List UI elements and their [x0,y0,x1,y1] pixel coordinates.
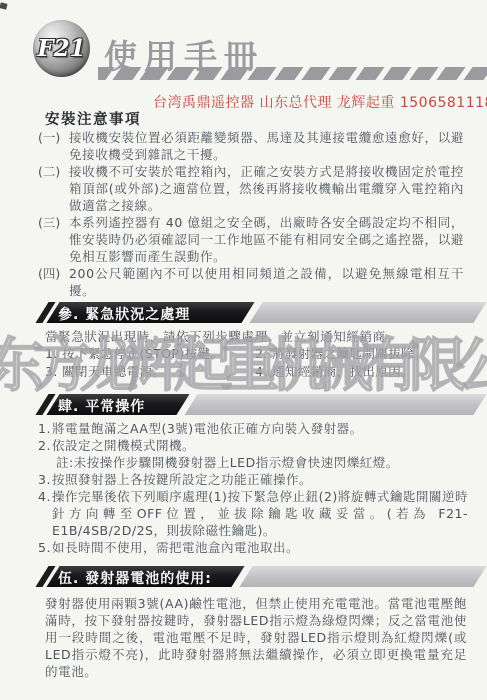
normal-item-1: 1. 將電量飽滿之AA型(3號)電池依正確方向裝入發射器。 [38,420,468,437]
install-item-4-text: 200公尺範圍內不可以使用相同頻道之設備，以避免無線電相互干擾。 [69,266,464,298]
install-item-2: (二) 接收機不可安裝於電控箱內，正確之安裝方式是將接收機固定於電控箱頂部(或外… [38,163,464,214]
battery-section-heading: 伍. 發射器電池的使用: [58,568,212,588]
install-notes-heading: 安裝注意事項 [45,108,141,129]
emergency-step-4: 4. 通知經銷商，找出原因。 [255,363,469,380]
install-item-4: (四) 200公尺範圍內不可以使用相同頻道之設備，以避免無線電相互干擾。 [38,265,464,299]
normal-item-5: 5. 如長時間不使用，需把電池盒內電池取出。 [38,539,468,556]
dealer-contact-line: 台湾禹鼎遥控器 山东总代理 龙辉起重 15065811188 [153,92,487,112]
bar-tail-decoration [239,566,486,587]
scan-artifact-speck [0,2,8,10]
normal-item-1-label: 1. [38,420,51,437]
header-stripes-decoration [98,67,487,80]
bar-tail-decoration [184,394,486,415]
emergency-step-2: 2. 將發射器之鑰匙開關拔除。 [255,345,469,362]
normal-item-2-text: 依設定之開機模式開機。 [52,438,195,453]
install-item-3-text: 本系列遙控器有 40 億組之安全碼，出廠時各安全碼設定均不相同，惟安裝時仍必須確… [69,215,464,264]
normal-item-4: 4. 操作完畢後依下列順序處理(1)按下緊急停止鈕(2)將旋轉式鑰匙開關逆時針方… [38,488,468,539]
f21-badge-label: F21 [37,35,85,62]
normal-operation-list: 1. 將電量飽滿之AA型(3號)電池依正確方向裝入發射器。 2. 依設定之開機模… [38,420,468,556]
install-item-1: (一) 接收機安裝位置必須距離變頻器、馬達及其連接電纜愈遠愈好，以避免接收機受到… [38,129,464,163]
emergency-steps: 1. 按下緊急停止(STOP)按鍵。 2. 將發射器之鑰匙開關拔除。 3. 關閉… [45,345,469,380]
emergency-section-heading: 參. 緊急狀況之處理 [58,304,190,324]
normal-item-3-label: 3. [38,471,51,488]
emergency-intro: 當緊急狀況出現時，請依下列步驟處理，並立刻通知經銷商。 [45,327,399,345]
normal-item-4-label: 4. [38,488,51,505]
install-item-3: (三) 本系列遙控器有 40 億組之安全碼，出廠時各安全碼設定均不相同，惟安裝時… [38,214,464,265]
battery-paragraph: 發射器使用兩顆3號(AA)鹼性電池，但禁止使用充電電池。當電池電壓飽滿時，按下發… [45,595,467,680]
f21-badge-icon: F21 [33,20,90,77]
bar-tail-decoration [249,302,486,323]
normal-item-1-text: 將電量飽滿之AA型(3號)電池依正確方向裝入發射器。 [52,421,363,436]
install-item-2-label: (二) [38,163,60,180]
normal-item-5-text: 如長時間不使用，需把電池盒內電池取出。 [52,540,299,555]
normal-item-3-text: 按照發射器上各按鍵所設定之功能正確操作。 [52,472,312,487]
battery-section-bar: 伍. 發射器電池的使用: [0,566,487,587]
normal-item-2: 2. 依設定之開機模式開機。 [38,437,468,454]
emergency-section-bar: 參. 緊急狀況之處理 [0,302,487,323]
install-item-2-text: 接收機不可安裝於電控箱內，正確之安裝方式是將接收機固定於電控箱頂部(或外部)之適… [69,164,464,213]
install-item-3-label: (三) [38,214,60,231]
manual-page: F21 使用手冊 台湾禹鼎遥控器 山东总代理 龙辉起重 15065811188 … [0,0,487,700]
normal-item-3: 3. 按照發射器上各按鍵所設定之功能正確操作。 [38,471,468,488]
normal-item-note: 註:未按操作步驟開機發射器上LED指示燈會快速閃爍紅燈。 [38,454,468,471]
normal-item-5-label: 5. [38,539,51,556]
normal-item-4-text: 操作完畢後依下列順序處理(1)按下緊急停止鈕(2)將旋轉式鑰匙開關逆時針方向轉至… [52,489,468,538]
normal-item-2-label: 2. [38,437,51,454]
install-item-4-label: (四) [38,265,60,282]
emergency-step-1: 1. 按下緊急停止(STOP)按鍵。 [45,345,255,362]
emergency-step-3: 3. 關閉天車總電源。 [45,363,255,380]
normal-item-note-text: 註:未按操作步驟開機發射器上LED指示燈會快速閃爍紅燈。 [56,455,399,470]
install-item-1-label: (一) [38,129,60,146]
install-item-1-text: 接收機安裝位置必須距離變頻器、馬達及其連接電纜愈遠愈好，以避免接收機受到雜訊之干… [69,130,464,162]
normal-section-bar: 肆. 平常操作 [0,394,487,415]
install-notes-list: (一) 接收機安裝位置必須距離變頻器、馬達及其連接電纜愈遠愈好，以避免接收機受到… [38,129,464,299]
normal-section-heading: 肆. 平常操作 [58,396,145,416]
